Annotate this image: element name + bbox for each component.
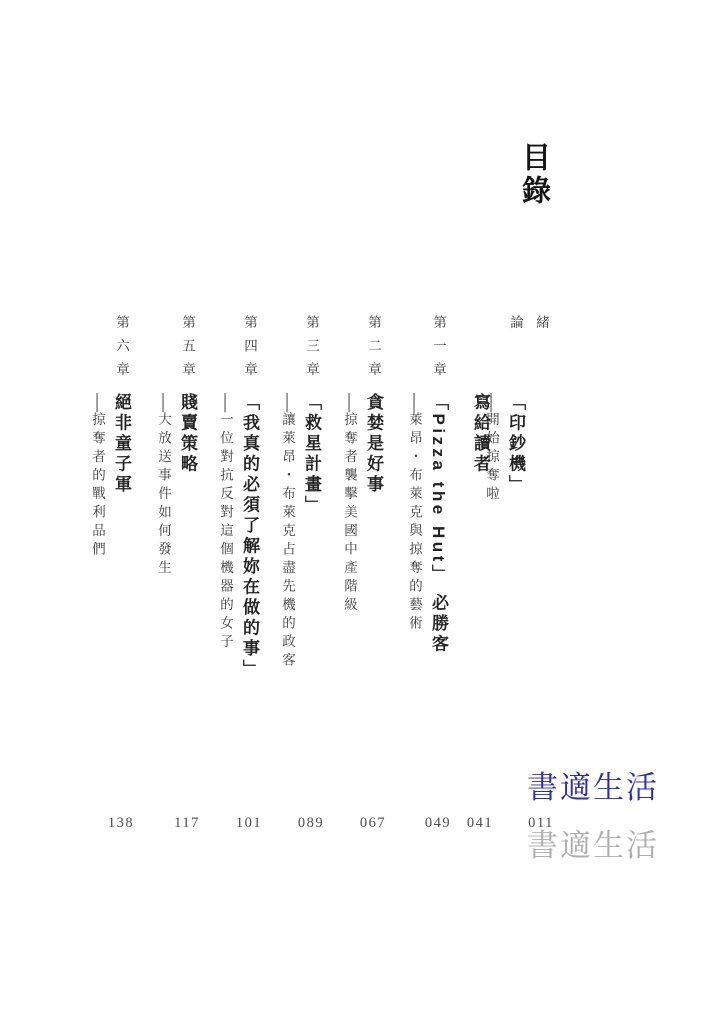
page-number: 041 [458,815,502,832]
toc-entry-main: 第四章「我真的必須了解妳在做的事」 [236,315,262,705]
subtitle-dash: ── [407,393,422,412]
subtitle-text: 大放送事件如何發生 [156,412,171,579]
subtitle-text: 掠奪者的戰利品們 [90,412,105,560]
toc-entry-ch2: 第二章貪婪是好事 ──掠奪者襲擊美國中產階級 [338,315,386,705]
page-number: 101 [227,815,271,832]
chapter-subtitle: ──讓萊昂・布萊克占盡先機的政客 [276,315,298,705]
chapter-subtitle: ──一位對抗反對這個機器的女子 [214,315,236,705]
chapter-subtitle: ──掠奪者的戰利品們 [86,315,108,705]
toc-entry-main: 第五章賤賣策略 [174,315,200,705]
toc-entry-main: 第三章「救星計畫」 [298,315,324,705]
subtitle-dash: ── [218,393,233,412]
chapter-label: 第五章 [174,315,200,393]
chapter-label: 第六章 [108,315,134,393]
subtitle-dash: ── [280,393,295,412]
toc-entry-main: 緒論「印鈔機」 [502,315,554,705]
chapter-title: 寫給讀者 [471,393,490,475]
chapter-title: 「我真的必須了解妳在做的事」 [240,393,259,680]
page-number: 138 [99,815,143,832]
chapter-title: 「救星計畫」 [302,393,321,516]
chapter-label: 第二章 [360,315,386,393]
page-number: 067 [351,815,395,832]
chapter-label: 第四章 [236,315,262,393]
toc-entry-ch4: 第四章「我真的必須了解妳在做的事」 ──一位對抗反對這個機器的女子 [214,315,262,705]
toc-entry-main: 第六章絕非童子軍 [108,315,134,705]
subtitle-text: 一位對抗反對這個機器的女子 [218,412,233,653]
chapter-title: 「Pizza the Hut」 必勝客 [429,393,448,655]
toc-entry-main: 第二章貪婪是好事 [360,315,386,705]
chapter-label: 緒論 [502,315,554,393]
subtitle-text: 掠奪者襲擊美國中產階級 [342,412,357,616]
chapter-title: 貪婪是好事 [364,393,383,496]
watermark-primary: 書適生活 [527,762,659,807]
toc-entry-ch1: 第一章「Pizza the Hut」 必勝客 ──萊昂・布萊克與掠奪的藝術 [403,315,451,705]
page-number: 011 [519,815,563,832]
chapter-title: 「印鈔機」 [506,393,525,496]
subtitle-dash: ── [156,393,171,412]
chapter-subtitle: ──萊昂・布萊克與掠奪的藝術 [403,315,425,705]
toc-entry-intro: 緒論「印鈔機」 ──開始掠奪啦 [506,315,554,705]
page-number: 049 [416,815,460,832]
toc-entry-readers-note: 寫給讀者 [467,315,493,705]
toc-entry-main: 第一章「Pizza the Hut」 必勝客 [425,315,451,705]
chapter-label: 第一章 [425,315,451,393]
subtitle-text: 讓萊昂・布萊克占盡先機的政客 [280,412,295,671]
toc-entry-ch6: 第六章絕非童子軍 ──掠奪者的戰利品們 [86,315,134,705]
page-number: 117 [165,815,209,832]
chapter-title: 絕非童子軍 [112,393,131,496]
chapter-subtitle: ──大放送事件如何發生 [152,315,174,705]
subtitle-dash: ── [342,393,357,412]
subtitle-text: 萊昂・布萊克與掠奪的藝術 [407,412,422,634]
toc-entry-ch5: 第五章賤賣策略 ──大放送事件如何發生 [152,315,200,705]
chapter-title: 賤賣策略 [178,393,197,475]
chapter-label: 第三章 [298,315,324,393]
chapter-subtitle: ──掠奪者襲擊美國中產階級 [338,315,360,705]
subtitle-dash: ── [90,393,105,412]
toc-entry-main: 寫給讀者 [467,315,493,705]
page-number: 089 [289,815,333,832]
toc-entry-ch3: 第三章「救星計畫」 ──讓萊昂・布萊克占盡先機的政客 [276,315,324,705]
page-title: 目錄 [514,142,555,208]
toc-page: 目錄 緒論「印鈔機」 ──開始掠奪啦 寫給讀者 第一章「Pizza the Hu… [0,0,725,1025]
